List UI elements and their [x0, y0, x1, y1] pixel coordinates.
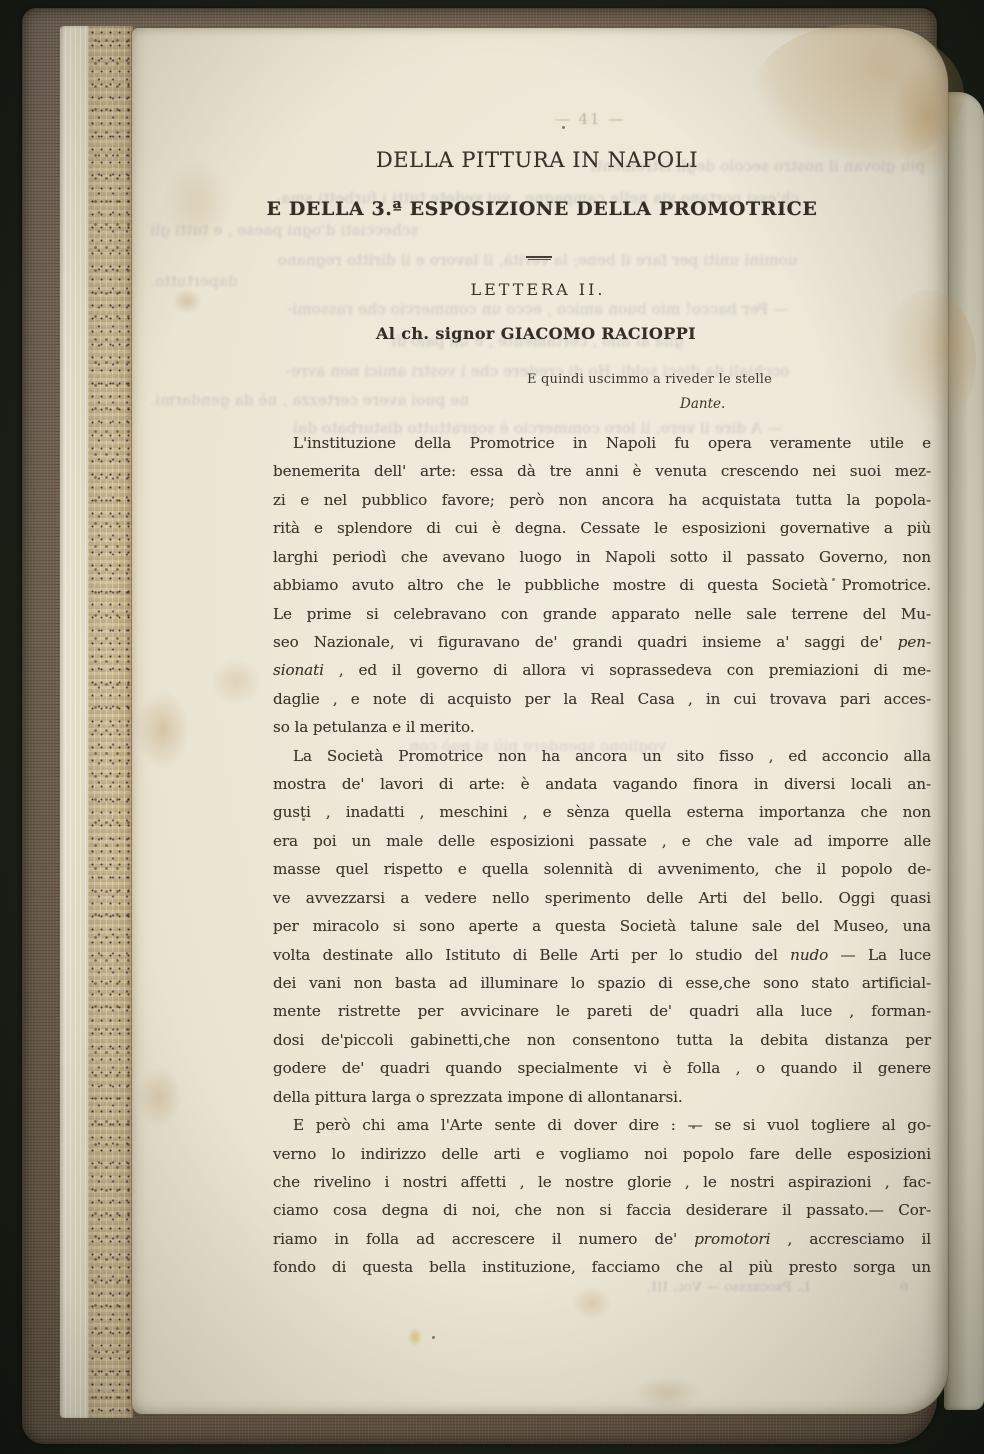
- page-edge-stack: [60, 26, 135, 1418]
- body-line: larghi periodì che avevano luogo in Napo…: [273, 548, 931, 576]
- body-line: fondo di questa bella instituzione, facc…: [273, 1258, 931, 1286]
- body-line: abbiamo avuto altro che le pubbliche mos…: [273, 576, 931, 604]
- stain: [172, 288, 202, 314]
- show-through-line: — Per bacco! mio buon amico , ecco un co…: [150, 300, 925, 318]
- body-line: seo Nazionale, vi figuravano de' grandi …: [273, 633, 931, 661]
- epigraph-quote: E quindi uscimmo a riveder le stelle: [527, 372, 772, 387]
- page-number: — 41 —: [555, 110, 626, 128]
- book-scan: più giovan il nostro secolo degli istrom…: [0, 0, 984, 1454]
- body-line: Le prime si celebravano con grande appar…: [273, 605, 931, 633]
- page-edge-foxing-band: [88, 26, 133, 1418]
- fleck: [432, 1336, 435, 1339]
- chapter-title-line2: E DELLA 3.ª ESPOSIZIONE DELLA PROMOTRICE: [267, 198, 818, 220]
- body-line: era poi un male delle esposizioni passat…: [273, 832, 931, 860]
- chapter-title-line1: DELLA PITTURA IN NAPOLI: [376, 148, 698, 172]
- page-edge-gap: [60, 26, 88, 1418]
- divider-rule: [526, 256, 552, 261]
- stain: [408, 1328, 422, 1346]
- body-line: L'instituzione della Promotrice in Napol…: [273, 434, 931, 462]
- stain: [134, 690, 190, 770]
- body-line: sionati , ed il governo di allora vi sop…: [273, 661, 931, 689]
- show-through-line: ne puoi avere certezza , nè da gendarmi.: [150, 391, 925, 409]
- body-line: dosi de'piccoli gabinetti,che non consen…: [273, 1031, 931, 1059]
- body-line: riamo in folla ad accrescere il numero d…: [273, 1230, 931, 1258]
- page: più giovan il nostro secolo degli istrom…: [132, 28, 948, 1414]
- salutation-prefix: Al ch. signor: [376, 324, 495, 343]
- body-line: dei vani non basta ad illuminare lo spaz…: [273, 974, 931, 1002]
- body-line: ciamo cosa degna di noi, che non si facc…: [273, 1201, 931, 1229]
- body-line: so la petulanza e il merito.: [273, 718, 931, 746]
- stain: [162, 158, 232, 248]
- body-line: per miracolo si sono aperte a questa Soc…: [273, 917, 931, 945]
- body-line: ve avvezzarsi a vedere nello sperimento …: [273, 889, 931, 917]
- body-line: zi e nel pubblico favore; però non ancor…: [273, 491, 931, 519]
- body-line: verno lo indirizzo delle arti e vogliamo…: [273, 1145, 931, 1173]
- section-heading: LETTERA II.: [470, 280, 605, 299]
- body-line: volta destinate allo Istituto di Belle A…: [273, 946, 931, 974]
- body-line: godere de' quadri quando specialmente vi…: [273, 1059, 931, 1087]
- body-line: benemerita dell' arte: essa dà tre anni …: [273, 462, 931, 490]
- stain: [136, 1066, 182, 1128]
- facing-page-edge: [944, 92, 984, 1410]
- body-line: della pittura larga o sprezzata impone d…: [273, 1088, 931, 1116]
- epigraph-attribution: Dante.: [680, 396, 725, 412]
- body-line: mente ristrette per avvicinare le pareti…: [273, 1002, 931, 1030]
- stain: [210, 658, 262, 706]
- body-line: La Società Promotrice non ha ancora un s…: [273, 747, 931, 775]
- body-line: masse quel rispetto e quella solennità d…: [273, 860, 931, 888]
- body-line: che rivelino i nostri affetti , le nostr…: [273, 1173, 931, 1201]
- stain: [632, 1376, 702, 1410]
- body-line: rità e splendore di cui è degna. Cessate…: [273, 519, 931, 547]
- body-text: L'instituzione della Promotrice in Napol…: [273, 434, 931, 1314]
- body-line: E però chi ama l'Arte sente di dover dir…: [273, 1116, 931, 1144]
- show-through-line: schecciati d'ogni paese , e tutti gli: [150, 221, 925, 239]
- salutation: Al ch. signor GIACOMO RACIOPPI: [376, 324, 696, 343]
- stain: [752, 24, 964, 166]
- salutation-name: GIACOMO RACIOPPI: [501, 324, 696, 343]
- body-line: gusti , inadatti , meschini , e sènza qu…: [273, 803, 931, 831]
- body-line: daglie , e note di acquisto per la Real …: [273, 690, 931, 718]
- body-line: mostra de' lavori di arte: è andata vaga…: [273, 775, 931, 803]
